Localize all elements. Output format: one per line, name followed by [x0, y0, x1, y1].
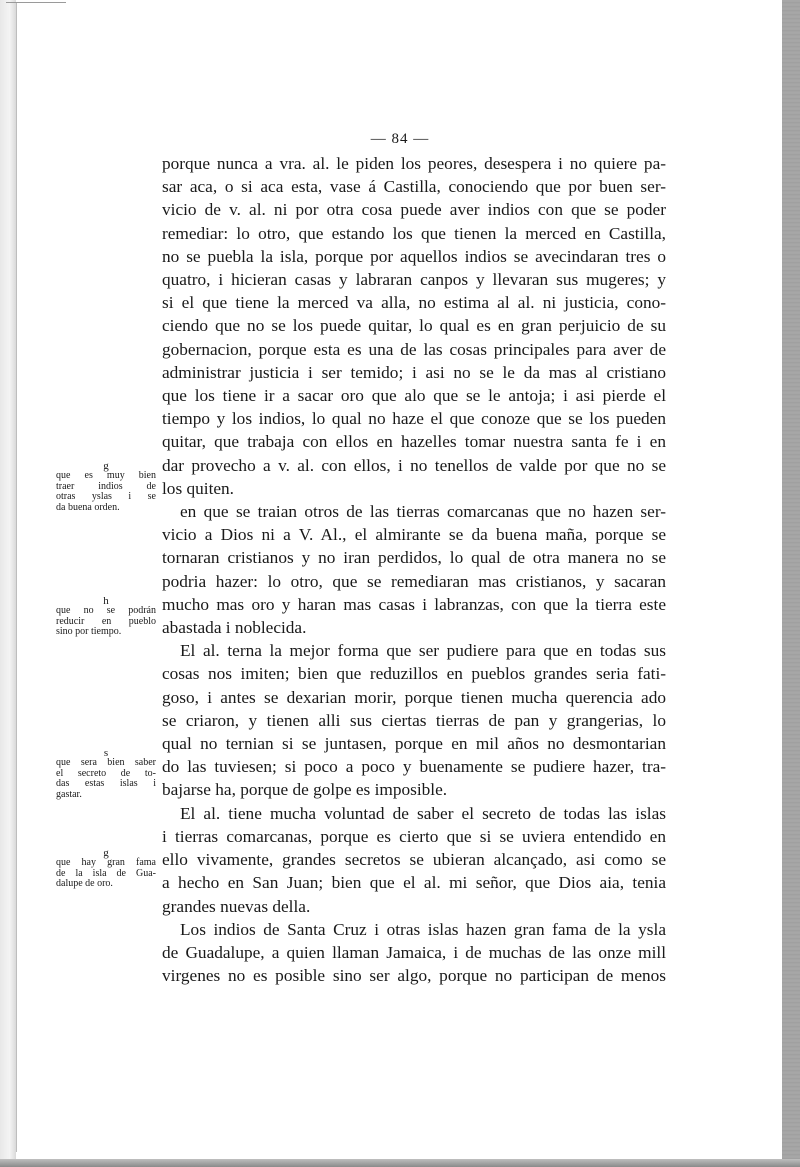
margin-note-line: que no se podrán: [56, 606, 156, 617]
margin-note-line: dalupe de oro.: [56, 879, 156, 890]
body-line: no se puebla la isla, porque por aquello…: [162, 245, 666, 268]
body-line: sar aca, o si aca esta, vase á Castilla,…: [162, 175, 666, 198]
margin-note: gque es muy bientraer indios deotras ysl…: [56, 462, 156, 513]
body-line: en que se traian otros de las tierras co…: [162, 500, 666, 523]
margin-note-line: gastar.: [56, 790, 156, 801]
margin-note-line: da buena orden.: [56, 503, 156, 514]
body-line: administrar justicia i ser temido; i asi…: [162, 361, 666, 384]
page-left-edge: [16, 2, 17, 1152]
margin-note-line: sino por tiempo.: [56, 627, 156, 638]
margin-note: sque sera bien saberel secreto de to-das…: [56, 749, 156, 800]
body-line: ello vivamente, grandes secretos se ubie…: [162, 848, 666, 871]
body-line: si el que tiene la merced va alla, no es…: [162, 291, 666, 314]
body-line: qual no ternian si se juntasen, porque e…: [162, 732, 666, 755]
body-line: grandes nuevas della.: [162, 895, 666, 918]
margin-note: hque no se podránreducir en pueblosino p…: [56, 597, 156, 638]
scan-right-margin: [782, 0, 800, 1167]
body-line: Los indios de Santa Cruz i otras islas h…: [162, 918, 666, 941]
margin-note-line: que es muy bien: [56, 471, 156, 482]
body-line: bajarse ha, porque de golpe es imposible…: [162, 778, 666, 801]
margin-note: gque hay gran famade la isla de Gua-dalu…: [56, 849, 156, 890]
body-line: los quiten.: [162, 477, 666, 500]
body-line: vicio de v. al. ni por otra cosa puede a…: [162, 198, 666, 221]
body-line: do las tuviesen; si poco a poco y buenam…: [162, 755, 666, 778]
margin-note-line: otras yslas i se: [56, 492, 156, 503]
body-line: de Guadalupe, a quien llaman Jamaica, i …: [162, 941, 666, 964]
scan-left-margin: [0, 0, 16, 1167]
body-line: cosas nos imiten; bien que reduzillos en…: [162, 662, 666, 685]
body-line: tornaran cristianos y no iran perdidos, …: [162, 546, 666, 569]
scan-bottom-margin: [0, 1159, 800, 1167]
body-line: dar provecho a v. al. con ellos, i no te…: [162, 454, 666, 477]
body-line: vicio a Dios ni a V. Al., el almirante s…: [162, 523, 666, 546]
body-line: se criaron, y tienen alli sus ciertas ti…: [162, 709, 666, 732]
margin-note-line: que hay gran fama: [56, 858, 156, 869]
page-top-edge: [6, 2, 66, 3]
body-line: El al. tiene mucha voluntad de saber el …: [162, 802, 666, 825]
body-line: quitar, que trabaja con ellos en hazelle…: [162, 430, 666, 453]
margin-note-line: das estas islas i: [56, 779, 156, 790]
body-line: El al. terna la mejor forma que ser pudi…: [162, 639, 666, 662]
body-line: a hecho en San Juan; bien que el al. mi …: [162, 871, 666, 894]
margin-note-line: que sera bien saber: [56, 758, 156, 769]
body-line: tiempo y los indios, lo qual no haze el …: [162, 407, 666, 430]
body-text: porque nunca a vra. al. le piden los peo…: [162, 152, 666, 987]
body-line: goso, i antes se dexarian morir, porque …: [162, 686, 666, 709]
body-line: virgenes no es posible sino ser algo, po…: [162, 964, 666, 987]
body-line: remediar: lo otro, que estando los que t…: [162, 222, 666, 245]
body-line: que los tiene ir a sacar oro que alo que…: [162, 384, 666, 407]
body-line: abastada i noblecida.: [162, 616, 666, 639]
body-line: podria hazer: lo otro, que se remediaran…: [162, 570, 666, 593]
body-line: gobernacion, porque esta es una de las c…: [162, 338, 666, 361]
body-line: ciendo que no se los puede quitar, lo qu…: [162, 314, 666, 337]
body-line: i tierras comarcanas, porque es cierto q…: [162, 825, 666, 848]
body-line: quatro, i hicieran casas y labraran canp…: [162, 268, 666, 291]
page-number: — 84 —: [0, 131, 800, 148]
body-line: mucho mas oro y haran mas casas i labran…: [162, 593, 666, 616]
body-line: porque nunca a vra. al. le piden los peo…: [162, 152, 666, 175]
